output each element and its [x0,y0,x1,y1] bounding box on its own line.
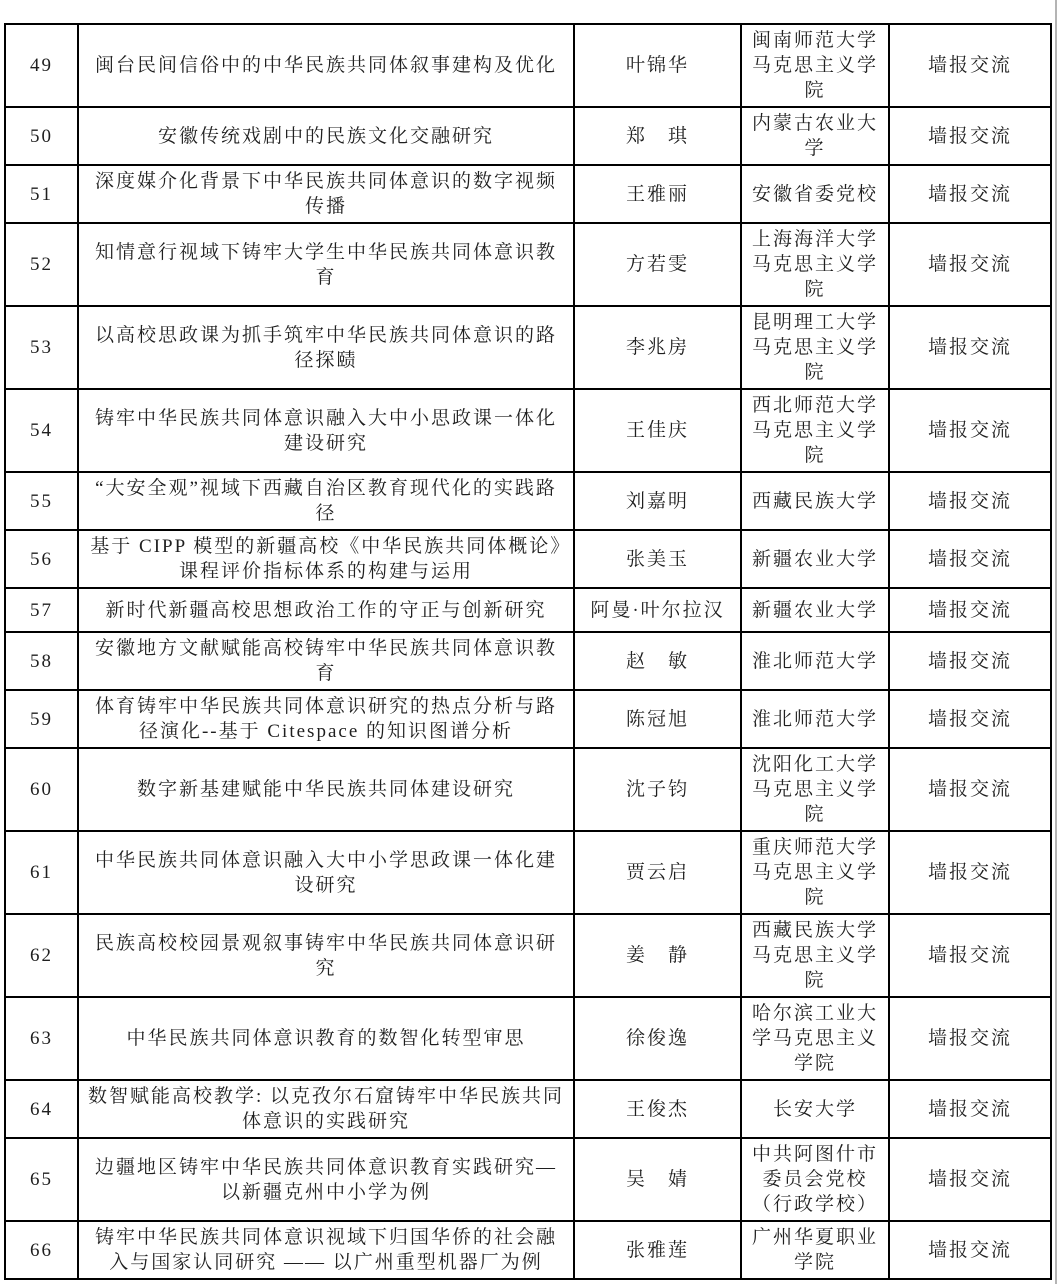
paper-title: 数字新基建赋能中华民族共同体建设研究 [78,748,574,831]
paper-title: 体育铸牢中华民族共同体意识研究的热点分析与路径演化--基于 Citespace … [78,690,574,748]
paper-title: 中华民族共同体意识融入大中小学思政课一体化建设研究 [78,831,574,914]
table-row: 53 以高校思政课为抓手筑牢中华民族共同体意识的路径探赜 李兆房 昆明理工大学马… [5,306,1051,389]
institution-name: 淮北师范大学 [741,690,889,748]
author-name: 张雅莲 [574,1221,741,1279]
paper-title: 深度媒介化背景下中华民族共同体意识的数字视频传播 [78,165,574,223]
row-number: 54 [5,389,78,472]
status-label: 墙报交流 [889,997,1051,1080]
institution-name: 中共阿图什市委员会党校（行政学校） [741,1138,889,1221]
author-name: 王俊杰 [574,1080,741,1138]
paper-title: 中华民族共同体意识教育的数智化转型审思 [78,997,574,1080]
row-number: 52 [5,223,78,306]
table-row: 58 安徽地方文献赋能高校铸牢中华民族共同体意识教育 赵 敏 淮北师范大学 墙报… [5,632,1051,690]
status-label: 墙报交流 [889,24,1051,107]
author-name: 叶锦华 [574,24,741,107]
status-label: 墙报交流 [889,223,1051,306]
institution-name: 安徽省委党校 [741,165,889,223]
table-row: 50 安徽传统戏剧中的民族文化交融研究 郑 琪 内蒙古农业大学 墙报交流 [5,107,1051,165]
paper-title: 以高校思政课为抓手筑牢中华民族共同体意识的路径探赜 [78,306,574,389]
paper-title: 安徽传统戏剧中的民族文化交融研究 [78,107,574,165]
institution-name: 西藏民族大学马克思主义学院 [741,914,889,997]
paper-title: “大安全观”视域下西藏自治区教育现代化的实践路径 [78,472,574,530]
table-row: 65 边疆地区铸牢中华民族共同体意识教育实践研究—以新疆克州中小学为例 吴 婧 … [5,1138,1051,1221]
row-number: 62 [5,914,78,997]
institution-name: 沈阳化工大学马克思主义学院 [741,748,889,831]
table-row: 59 体育铸牢中华民族共同体意识研究的热点分析与路径演化--基于 Citespa… [5,690,1051,748]
author-name: 王雅丽 [574,165,741,223]
author-name: 贾云启 [574,831,741,914]
row-number: 65 [5,1138,78,1221]
table-row: 62 民族高校校园景观叙事铸牢中华民族共同体意识研究 姜 静 西藏民族大学马克思… [5,914,1051,997]
author-name: 陈冠旭 [574,690,741,748]
paper-title: 知情意行视域下铸牢大学生中华民族共同体意识教育 [78,223,574,306]
status-label: 墙报交流 [889,472,1051,530]
row-number: 55 [5,472,78,530]
author-name: 沈子钧 [574,748,741,831]
table-row: 64 数智赋能高校教学: 以克孜尔石窟铸牢中华民族共同体意识的实践研究 王俊杰 … [5,1080,1051,1138]
paper-title: 新时代新疆高校思想政治工作的守正与创新研究 [78,588,574,632]
status-label: 墙报交流 [889,748,1051,831]
document-page: 49 闽台民间信俗中的中华民族共同体叙事建构及优化 叶锦华 闽南师范大学马克思主… [0,0,1060,1284]
row-number: 50 [5,107,78,165]
paper-title: 基于 CIPP 模型的新疆高校《中华民族共同体概论》课程评价指标体系的构建与运用 [78,530,574,588]
table-row: 52 知情意行视域下铸牢大学生中华民族共同体意识教育 方若雯 上海海洋大学马克思… [5,223,1051,306]
table-row: 66 铸牢中华民族共同体意识视域下归国华侨的社会融入与国家认同研究 —— 以广州… [5,1221,1051,1279]
institution-name: 闽南师范大学马克思主义学院 [741,24,889,107]
row-number: 59 [5,690,78,748]
status-label: 墙报交流 [889,690,1051,748]
paper-title: 安徽地方文献赋能高校铸牢中华民族共同体意识教育 [78,632,574,690]
institution-name: 新疆农业大学 [741,530,889,588]
table-row: 61 中华民族共同体意识融入大中小学思政课一体化建设研究 贾云启 重庆师范大学马… [5,831,1051,914]
row-number: 53 [5,306,78,389]
row-number: 61 [5,831,78,914]
status-label: 墙报交流 [889,306,1051,389]
institution-name: 内蒙古农业大学 [741,107,889,165]
status-label: 墙报交流 [889,831,1051,914]
author-name: 王佳庆 [574,389,741,472]
author-name: 张美玉 [574,530,741,588]
institution-name: 哈尔滨工业大学马克思主义学院 [741,997,889,1080]
institution-name: 西北师范大学马克思主义学院 [741,389,889,472]
table-body: 49 闽台民间信俗中的中华民族共同体叙事建构及优化 叶锦华 闽南师范大学马克思主… [5,24,1051,1279]
author-name: 徐俊逸 [574,997,741,1080]
status-label: 墙报交流 [889,1080,1051,1138]
author-name: 方若雯 [574,223,741,306]
row-number: 57 [5,588,78,632]
paper-title: 数智赋能高校教学: 以克孜尔石窟铸牢中华民族共同体意识的实践研究 [78,1080,574,1138]
table-row: 51 深度媒介化背景下中华民族共同体意识的数字视频传播 王雅丽 安徽省委党校 墙… [5,165,1051,223]
status-label: 墙报交流 [889,165,1051,223]
row-number: 56 [5,530,78,588]
institution-name: 长安大学 [741,1080,889,1138]
table-row: 49 闽台民间信俗中的中华民族共同体叙事建构及优化 叶锦华 闽南师范大学马克思主… [5,24,1051,107]
table-row: 54 铸牢中华民族共同体意识融入大中小思政课一体化建设研究 王佳庆 西北师范大学… [5,389,1051,472]
author-name: 姜 静 [574,914,741,997]
author-name: 郑 琪 [574,107,741,165]
status-label: 墙报交流 [889,1221,1051,1279]
paper-title: 铸牢中华民族共同体意识视域下归国华侨的社会融入与国家认同研究 —— 以广州重型机… [78,1221,574,1279]
author-name: 赵 敏 [574,632,741,690]
paper-title: 闽台民间信俗中的中华民族共同体叙事建构及优化 [78,24,574,107]
row-number: 64 [5,1080,78,1138]
papers-table: 49 闽台民间信俗中的中华民族共同体叙事建构及优化 叶锦华 闽南师范大学马克思主… [4,23,1052,1280]
status-label: 墙报交流 [889,530,1051,588]
institution-name: 重庆师范大学马克思主义学院 [741,831,889,914]
paper-title: 铸牢中华民族共同体意识融入大中小思政课一体化建设研究 [78,389,574,472]
row-number: 49 [5,24,78,107]
table-row: 56 基于 CIPP 模型的新疆高校《中华民族共同体概论》课程评价指标体系的构建… [5,530,1051,588]
author-name: 刘嘉明 [574,472,741,530]
table-row: 60 数字新基建赋能中华民族共同体建设研究 沈子钧 沈阳化工大学马克思主义学院 … [5,748,1051,831]
row-number: 60 [5,748,78,831]
status-label: 墙报交流 [889,1138,1051,1221]
institution-name: 西藏民族大学 [741,472,889,530]
row-number: 66 [5,1221,78,1279]
table-row: 63 中华民族共同体意识教育的数智化转型审思 徐俊逸 哈尔滨工业大学马克思主义学… [5,997,1051,1080]
window-edge-border [1055,0,1057,1284]
table-row: 55 “大安全观”视域下西藏自治区教育现代化的实践路径 刘嘉明 西藏民族大学 墙… [5,472,1051,530]
row-number: 63 [5,997,78,1080]
status-label: 墙报交流 [889,588,1051,632]
institution-name: 淮北师范大学 [741,632,889,690]
author-name: 李兆房 [574,306,741,389]
author-name: 吴 婧 [574,1138,741,1221]
paper-title: 边疆地区铸牢中华民族共同体意识教育实践研究—以新疆克州中小学为例 [78,1138,574,1221]
institution-name: 新疆农业大学 [741,588,889,632]
row-number: 58 [5,632,78,690]
institution-name: 广州华夏职业学院 [741,1221,889,1279]
status-label: 墙报交流 [889,632,1051,690]
institution-name: 上海海洋大学马克思主义学院 [741,223,889,306]
row-number: 51 [5,165,78,223]
status-label: 墙报交流 [889,389,1051,472]
status-label: 墙报交流 [889,914,1051,997]
table-row: 57 新时代新疆高校思想政治工作的守正与创新研究 阿曼·叶尔拉汉 新疆农业大学 … [5,588,1051,632]
paper-title: 民族高校校园景观叙事铸牢中华民族共同体意识研究 [78,914,574,997]
author-name: 阿曼·叶尔拉汉 [574,588,741,632]
institution-name: 昆明理工大学马克思主义学院 [741,306,889,389]
status-label: 墙报交流 [889,107,1051,165]
